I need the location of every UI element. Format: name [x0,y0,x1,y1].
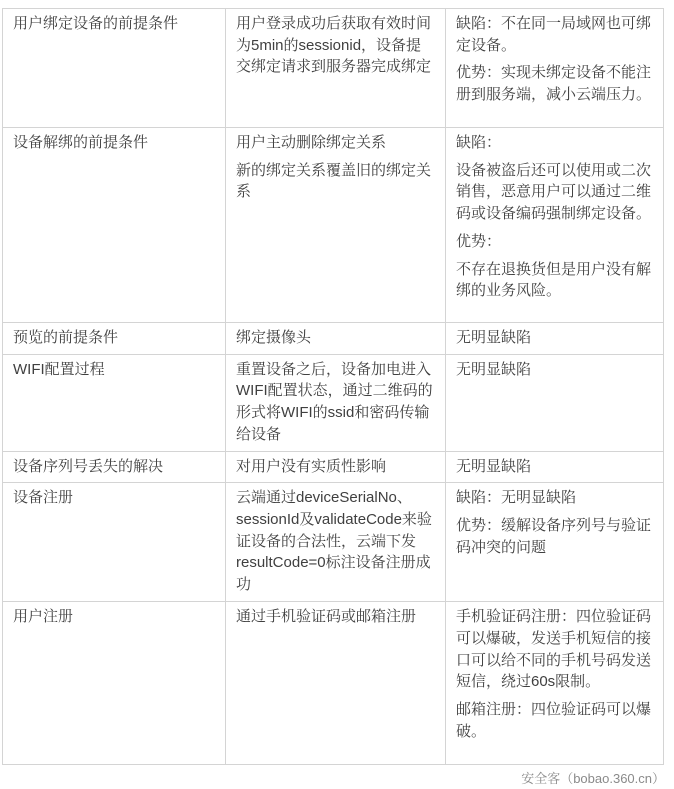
cell-text: 优势：缓解设备序列号与验证码冲突的问题 [456,515,653,558]
cell-process: 用户登录成功后获取有效时间为5min的sessionid，设备提交绑定请求到服务… [226,9,446,128]
cell-feature: 设备解绑的前提条件 [3,128,226,323]
cell-process: 对用户没有实质性影响 [226,451,446,483]
table-row: 用户注册 通过手机验证码或邮箱注册 手机验证码注册：四位验证码可以爆破，发送手机… [3,602,664,765]
cell-text: 用户主动删除绑定关系 [236,132,435,154]
cell-process: 绑定摄像头 [226,323,446,355]
cell-text: 设备被盗后还可以使用或二次销售，恶意用户可以通过二维码或设备编码强制绑定设备。 [456,160,653,225]
table-row: 设备解绑的前提条件 用户主动删除绑定关系 新的绑定关系覆盖旧的绑定关系 缺陷： … [3,128,664,323]
cell-text: 缺陷：无明显缺陷 [456,487,653,509]
cell-text: 用户登录成功后获取有效时间为5min的sessionid，设备提交绑定请求到服务… [236,13,435,78]
table-row: 用户绑定设备的前提条件 用户登录成功后获取有效时间为5min的sessionid… [3,9,664,128]
cell-feature: 设备注册 [3,483,226,602]
cell-text: 邮箱注册：四位验证码可以爆破。 [456,699,653,742]
cell-text: 对用户没有实质性影响 [236,456,435,478]
cell-text: 用户注册 [13,606,215,628]
cell-text: 重置设备之后，设备加电进入WIFI配置状态，通过二维码的形式将WIFI的ssid… [236,359,435,446]
cell-evaluation: 缺陷：不在同一局域网也可绑定设备。 优势：实现未绑定设备不能注册到服务端，减小云… [446,9,664,128]
cell-feature: 设备序列号丢失的解决 [3,451,226,483]
cell-text: 无明显缺陷 [456,327,653,349]
cell-text: 设备注册 [13,487,215,509]
cell-feature: 用户注册 [3,602,226,765]
cell-text: 优势：实现未绑定设备不能注册到服务端，减小云端压力。 [456,62,653,105]
cell-feature: WIFI配置过程 [3,354,226,451]
cell-text: 云端通过deviceSerialNo、sessionId及validateCod… [236,487,435,596]
cell-process: 云端通过deviceSerialNo、sessionId及validateCod… [226,483,446,602]
cell-text: 预览的前提条件 [13,327,215,349]
cell-evaluation: 缺陷：无明显缺陷 优势：缓解设备序列号与验证码冲突的问题 [446,483,664,602]
cell-feature: 用户绑定设备的前提条件 [3,9,226,128]
table-row: WIFI配置过程 重置设备之后，设备加电进入WIFI配置状态，通过二维码的形式将… [3,354,664,451]
cell-evaluation: 缺陷： 设备被盗后还可以使用或二次销售，恶意用户可以通过二维码或设备编码强制绑定… [446,128,664,323]
cell-text: 不存在退换货但是用户没有解绑的业务风险。 [456,259,653,302]
cell-text: 新的绑定关系覆盖旧的绑定关系 [236,160,435,203]
security-analysis-table: 用户绑定设备的前提条件 用户登录成功后获取有效时间为5min的sessionid… [2,8,664,765]
cell-text: 通过手机验证码或邮箱注册 [236,606,435,628]
cell-text: 用户绑定设备的前提条件 [13,13,215,35]
watermark: 安全客（bobao.360.cn） [2,770,665,788]
cell-text: 绑定摄像头 [236,327,435,349]
cell-text: WIFI配置过程 [13,359,215,381]
cell-process: 用户主动删除绑定关系 新的绑定关系覆盖旧的绑定关系 [226,128,446,323]
cell-feature: 预览的前提条件 [3,323,226,355]
cell-text: 优势： [456,231,653,253]
cell-evaluation: 无明显缺陷 [446,354,664,451]
cell-text: 手机验证码注册：四位验证码可以爆破，发送手机短信的接口可以给不同的手机号码发送短… [456,606,653,693]
article-table-page: 用户绑定设备的前提条件 用户登录成功后获取有效时间为5min的sessionid… [0,0,674,788]
cell-process: 重置设备之后，设备加电进入WIFI配置状态，通过二维码的形式将WIFI的ssid… [226,354,446,451]
cell-text: 设备解绑的前提条件 [13,132,215,154]
cell-text: 缺陷：不在同一局域网也可绑定设备。 [456,13,653,56]
cell-evaluation: 无明显缺陷 [446,451,664,483]
cell-evaluation: 无明显缺陷 [446,323,664,355]
cell-evaluation: 手机验证码注册：四位验证码可以爆破，发送手机短信的接口可以给不同的手机号码发送短… [446,602,664,765]
cell-text: 缺陷： [456,132,653,154]
table-row: 预览的前提条件 绑定摄像头 无明显缺陷 [3,323,664,355]
table-row: 设备序列号丢失的解决 对用户没有实质性影响 无明显缺陷 [3,451,664,483]
cell-process: 通过手机验证码或邮箱注册 [226,602,446,765]
cell-text: 设备序列号丢失的解决 [13,456,215,478]
cell-text: 无明显缺陷 [456,359,653,381]
cell-text: 无明显缺陷 [456,456,653,478]
table-row: 设备注册 云端通过deviceSerialNo、sessionId及valida… [3,483,664,602]
